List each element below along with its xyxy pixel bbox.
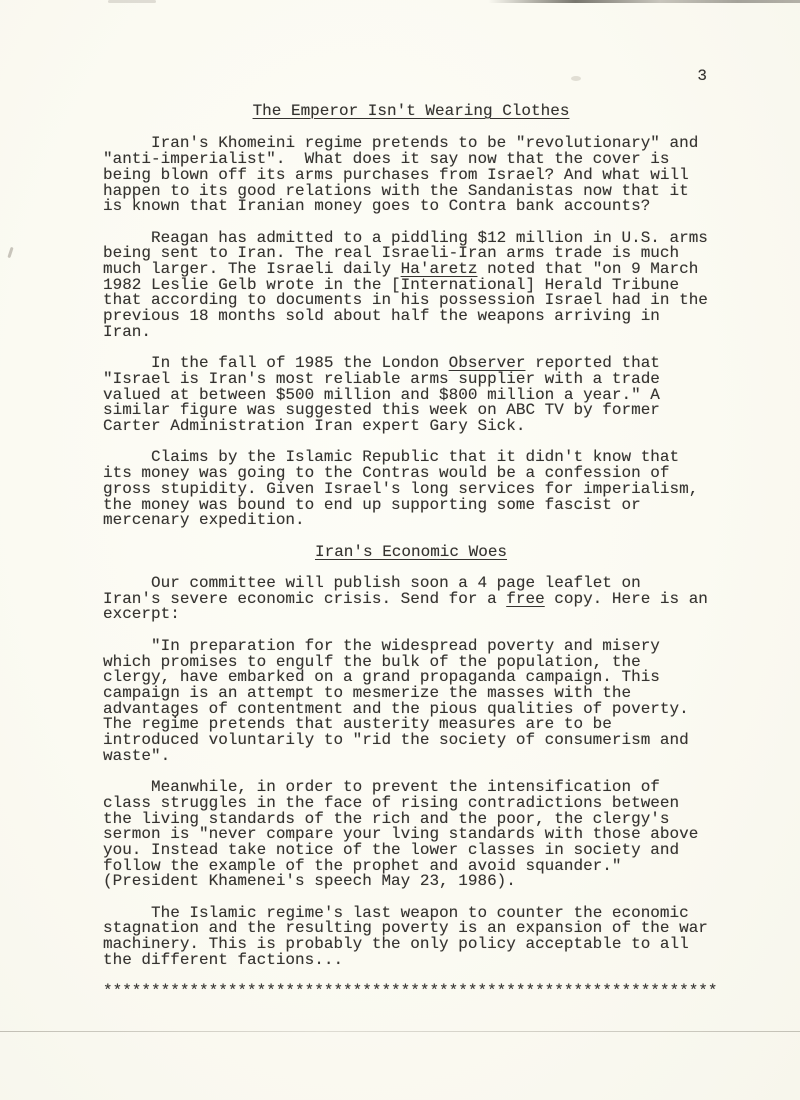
paragraph-islamic-republic-claims: Claims by the Islamic Republic that it d… xyxy=(103,450,719,529)
paragraph-excerpt-class-struggles-text: Meanwhile, in order to prevent the inten… xyxy=(103,778,698,890)
scan-artifact-fold-line xyxy=(0,1031,800,1032)
paragraph-islamic-republic-claims-text: Claims by the Islamic Republic that it d… xyxy=(103,448,698,529)
paragraph-excerpt-poverty: "In preparation for the widespread pover… xyxy=(103,639,719,765)
page-number: 3 xyxy=(103,69,719,85)
paragraph-excerpt-class-struggles: Meanwhile, in order to prevent the inten… xyxy=(103,780,719,890)
paragraph-war-machinery: The Islamic regime's last weapon to coun… xyxy=(103,906,719,969)
section-heading-emperor: The Emperor Isn't Wearing Clothes xyxy=(103,104,719,120)
section-heading-economic-woes: Iran's Economic Woes xyxy=(103,545,719,561)
paragraph-khomeini-regime: Iran's Khomeini regime pretends to be "r… xyxy=(103,136,719,215)
paragraph-war-machinery-text: The Islamic regime's last weapon to coun… xyxy=(103,904,708,969)
paragraph-excerpt-poverty-text: "In preparation for the widespread pover… xyxy=(103,637,689,765)
scan-artifact-top-edge xyxy=(488,0,800,3)
paragraph-committee-leaflet: Our committee will publish soon a 4 page… xyxy=(103,576,719,623)
section-heading-emperor-text: The Emperor Isn't Wearing Clothes xyxy=(253,102,570,120)
paragraph-observer-report: In the fall of 1985 the London Observer … xyxy=(103,356,719,435)
asterisk-separator: ****************************************… xyxy=(103,984,719,1000)
document-page: 3 The Emperor Isn't Wearing Clothes Iran… xyxy=(103,69,719,1000)
section-heading-economic-woes-text: Iran's Economic Woes xyxy=(315,543,507,561)
scan-artifact-smudge xyxy=(108,0,156,3)
scan-artifact-margin-tick xyxy=(7,247,13,258)
paragraph-khomeini-regime-text: Iran's Khomeini regime pretends to be "r… xyxy=(103,134,698,215)
paragraph-reagan-arms: Reagan has admitted to a piddling $12 mi… xyxy=(103,231,719,341)
underlined-free: free xyxy=(506,590,544,608)
